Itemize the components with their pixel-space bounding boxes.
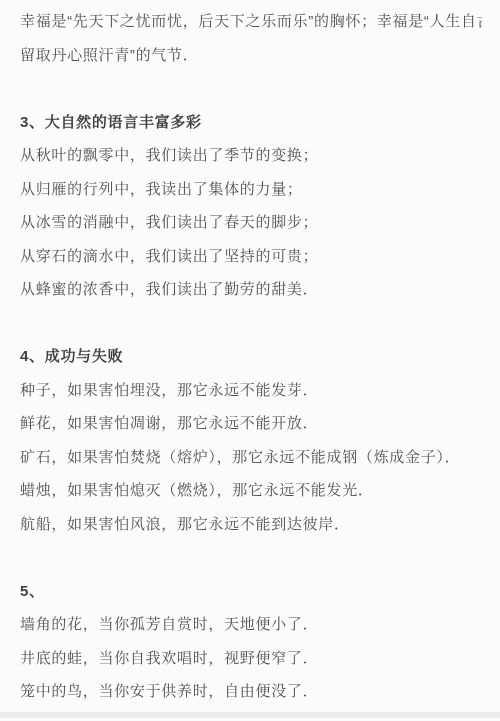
text-line: 从蜂蜜的浓香中，我们读出了勤劳的甜美． — [20, 273, 482, 307]
bottom-divider — [0, 712, 500, 718]
section-heading-5: 5、 — [20, 575, 482, 609]
text-line: 航船，如果害怕风浪，那它永远不能到达彼岸． — [20, 508, 482, 542]
text-line: 种子，如果害怕埋没，那它永远不能发芽． — [20, 374, 482, 408]
text-line: 鲜花，如果害怕凋谢，那它永远不能开放． — [20, 407, 482, 441]
text-line: 从冰雪的消融中，我们读出了春天的脚步； — [20, 206, 482, 240]
section-heading-4: 4、成功与失败 — [20, 340, 482, 374]
intro-text-line: 留取丹心照汗青”的气节． — [20, 39, 482, 73]
text-line: 井底的蛙，当你自我欢唱时，视野便窄了． — [20, 642, 482, 676]
section-spacer — [20, 72, 482, 106]
text-line: 墙角的花，当你孤芳自赏时，天地便小了． — [20, 608, 482, 642]
section-heading-3: 3、大自然的语言丰富多彩 — [20, 106, 482, 140]
text-line: 从归雁的行列中，我读出了集体的力量； — [20, 173, 482, 207]
document-page: 幸福是“先天下之忧而忧，后天下之乐而乐”的胸怀；幸福是“人生自古谁无死， 留取丹… — [0, 0, 500, 709]
text-line: 蜡烛，如果害怕熄灭（燃烧），那它永远不能发光． — [20, 474, 482, 508]
text-line: 从穿石的滴水中，我们读出了坚持的可贵； — [20, 240, 482, 274]
section-spacer — [20, 541, 482, 575]
text-line: 笼中的鸟，当你安于供养时，自由便没了． — [20, 675, 482, 709]
section-spacer — [20, 307, 482, 341]
intro-text-line: 幸福是“先天下之忧而忧，后天下之乐而乐”的胸怀；幸福是“人生自古谁无死， — [20, 5, 482, 39]
text-line: 矿石，如果害怕焚烧（熔炉），那它永远不能成钢（炼成金子）． — [20, 441, 482, 475]
text-line: 从秋叶的飘零中，我们读出了季节的变换； — [20, 139, 482, 173]
